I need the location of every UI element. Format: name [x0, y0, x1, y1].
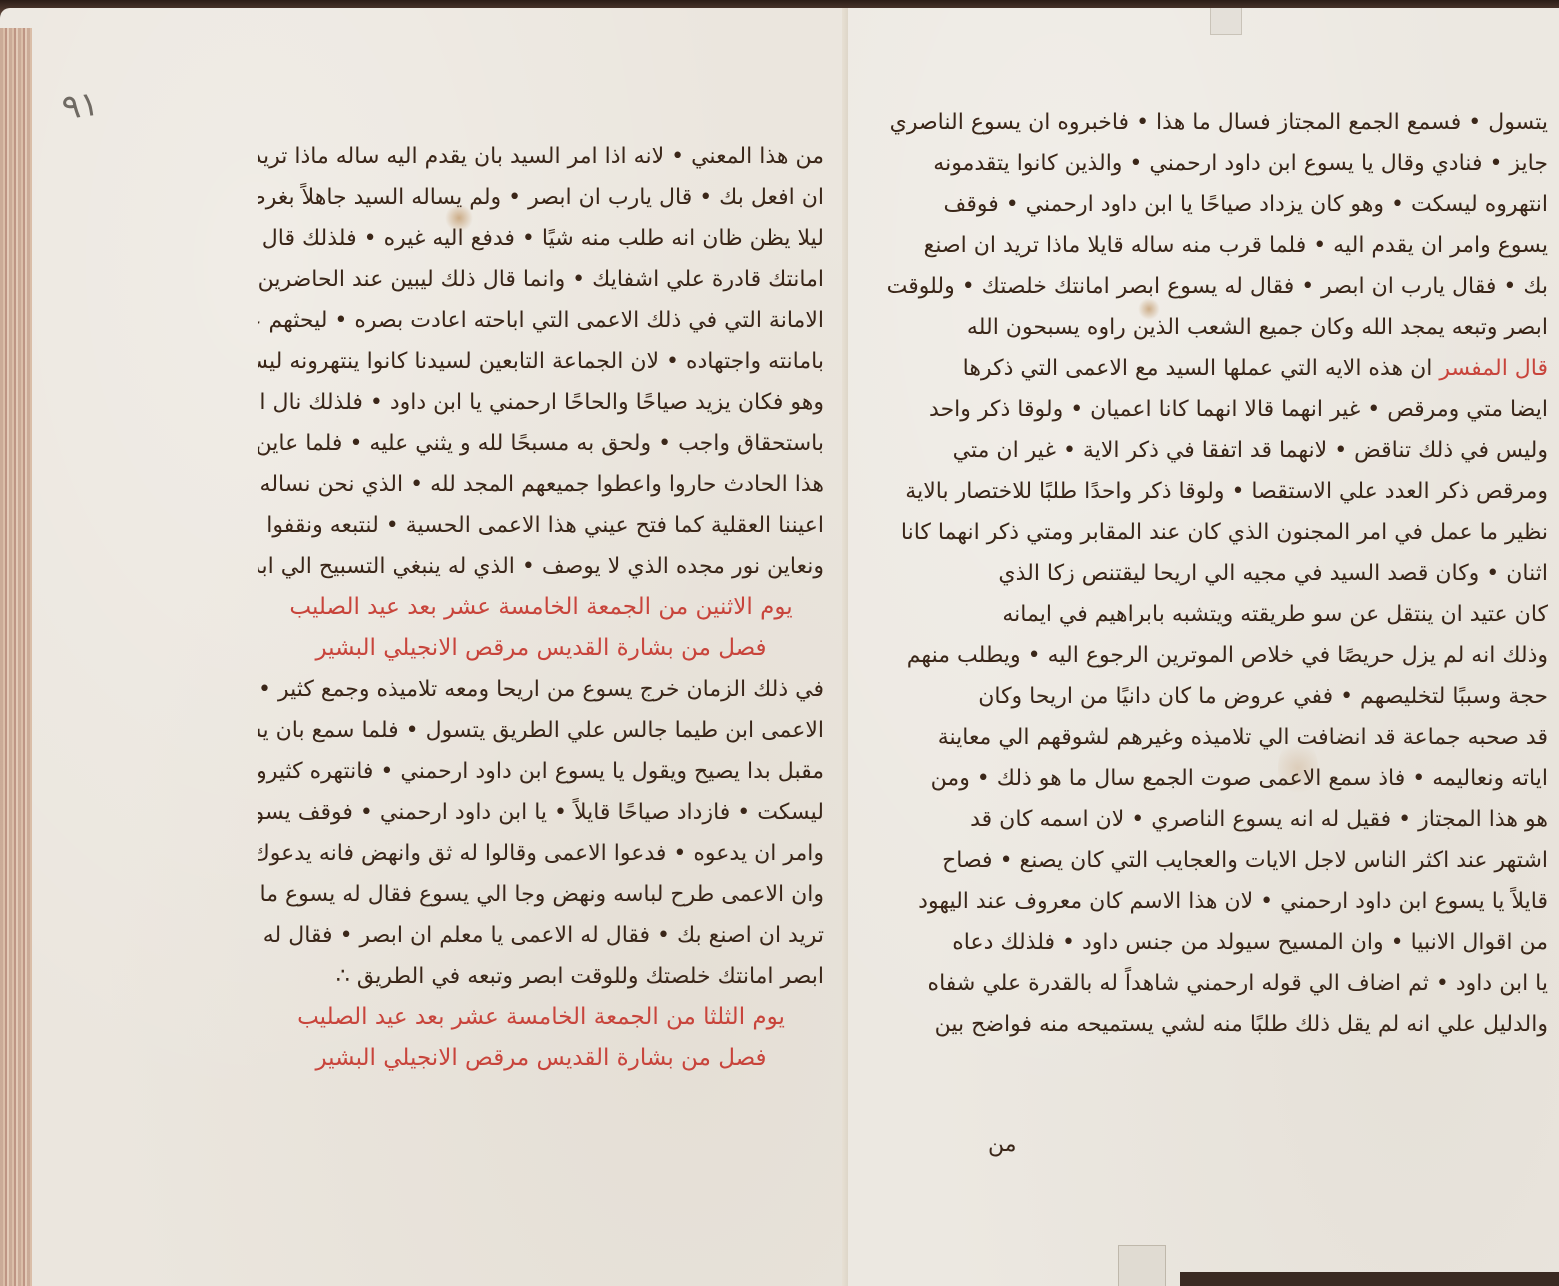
fore-edge-leaves [0, 28, 32, 1286]
text-line: والدليل علي انه لم يقل ذلك طلبًا منه لشي… [858, 1004, 1548, 1045]
text-line: قد صحبه جماعة قد انضافت الي تلاميذه وغير… [858, 717, 1548, 758]
right-text-block: يتسول • فسمع الجمع المجتاز فسال ما هذا •… [858, 102, 1548, 1045]
text-line: اعيننا العقلية كما فتح عيني هذا الاعمى ا… [258, 505, 824, 546]
manuscript-spread: ٩١ من هذا المعني • لانه اذا امر السيد با… [0, 0, 1559, 1286]
text-line: من هذا المعني • لانه اذا امر السيد بان ي… [258, 136, 824, 177]
text-line: وان الاعمى طرح لباسه ونهض وجا الي يسوع ف… [258, 874, 824, 915]
left-page: ٩١ من هذا المعني • لانه اذا امر السيد با… [0, 8, 852, 1286]
text-line: جايز • فنادي وقال يا يسوع ابن داود ارحمن… [858, 143, 1548, 184]
rubric-heading: يوم الثلثا من الجمعة الخامسة عشر بعد عيد… [258, 997, 824, 1038]
text-line: هذا الحادث حاروا واعطوا جميعهم المجد لله… [258, 464, 824, 505]
text-line: اثنان • وكان قصد السيد في مجيه الي اريحا… [858, 553, 1548, 594]
text-line: حجة وسببًا لتخليصهم • ففي عروض ما كان دا… [858, 676, 1548, 717]
left-text-block: من هذا المعني • لانه اذا امر السيد بان ي… [258, 136, 824, 1079]
text-line: وليس في ذلك تناقض • لانهما قد اتفقا في ذ… [858, 430, 1548, 471]
text-line: ابصر امانتك خلصتك وللوقت ابصر وتبعه في ا… [258, 956, 824, 997]
paper-tab-bottom [1118, 1245, 1166, 1286]
text-line: تريد ان اصنع بك • فقال له الاعمى يا معلم… [258, 915, 824, 956]
text-line: ايضا متي ومرقص • غير انهما قالا انهما كا… [858, 389, 1548, 430]
text-line: اياته ونعاليمه • فاذ سمع الاعمى صوت الجم… [858, 758, 1548, 799]
text-line-with-rubric: قال المفسر ان هذه الايه التي عملها السيد… [858, 348, 1548, 389]
paper-tab-top [1210, 8, 1242, 35]
rubric-heading: فصل من بشارة القديس مرقص الانجيلي البشير [258, 1038, 824, 1079]
book-binding-bottom [1180, 1272, 1559, 1286]
text-line: ومرقص ذكر العدد علي الاستقصا • ولوقا ذكر… [858, 471, 1548, 512]
folio-number: ٩١ [59, 84, 101, 129]
text-line: من اقوال الانبيا • وان المسيح سيولد من ج… [858, 922, 1548, 963]
text-line: وهو فكان يزيد صياحًا والحاحًا ارحمني يا … [258, 382, 824, 423]
catchword: من [988, 1132, 1017, 1157]
commentator-label: قال المفسر [1439, 356, 1548, 381]
rubric-heading: فصل من بشارة القديس مرقص الانجيلي البشير [258, 628, 824, 669]
text-line: ليسكت • فازداد صياحًا قايلاً • يا ابن دا… [258, 792, 824, 833]
text-line: امانتك قادرة علي اشفايك • وانما قال ذلك … [258, 259, 824, 300]
text-line: كان عتيد ان ينتقل عن سو طريقته ويتشبه با… [858, 594, 1548, 635]
text-line: ان هذه الايه التي عملها السيد مع الاعمى … [963, 356, 1433, 381]
text-line: الامانة التي في ذلك الاعمى التي اباحته ا… [258, 300, 824, 341]
text-line: يتسول • فسمع الجمع المجتاز فسال ما هذا •… [858, 102, 1548, 143]
text-line: يا ابن داود • ثم اضاف الي قوله ارحمني شا… [858, 963, 1548, 1004]
text-line: في ذلك الزمان خرج يسوع من اريحا ومعه تلا… [258, 669, 824, 710]
text-line: اشتهر عند اكثر الناس لاجل الايات والعجاي… [858, 840, 1548, 881]
text-line: باستحقاق واجب • ولحق به مسبحًا لله و يثن… [258, 423, 824, 464]
text-line: وامر ان يدعوه • فدعوا الاعمى وقالوا له ث… [258, 833, 824, 874]
text-line: ونعاين نور مجده الذي لا يوصف • الذي له ي… [258, 546, 824, 587]
text-line: وذلك انه لم يزل حريصًا في خلاص الموترين … [858, 635, 1548, 676]
text-line: ابصر وتبعه يمجد الله وكان جميع الشعب الذ… [858, 307, 1548, 348]
text-line: ليلا يظن ظان انه طلب منه شيًا • فدفع الي… [258, 218, 824, 259]
text-line: بامانته واجتهاده • لان الجماعة التابعين … [258, 341, 824, 382]
rubric-heading: يوم الاثنين من الجمعة الخامسة عشر بعد عي… [258, 587, 824, 628]
text-line: الاعمى ابن طيما جالس علي الطريق يتسول • … [258, 710, 824, 751]
text-line: بك • فقال يارب ان ابصر • فقال له يسوع اب… [858, 266, 1548, 307]
text-line: مقبل بدا يصيح ويقول يا يسوع ابن داود ارح… [258, 751, 824, 792]
text-line: انتهروه ليسكت • وهو كان يزداد صياحًا يا … [858, 184, 1548, 225]
text-line: قايلاً يا يسوع ابن داود ارحمني • لان هذا… [858, 881, 1548, 922]
text-line: هو هذا المجتاز • فقيل له انه يسوع الناصر… [858, 799, 1548, 840]
text-line: ان افعل بك • قال يارب ان ابصر • ولم يسال… [258, 177, 824, 218]
text-line: نظير ما عمل في امر المجنون الذي كان عند … [858, 512, 1548, 553]
text-line: يسوع وامر ان يقدم اليه • فلما قرب منه سا… [858, 225, 1548, 266]
